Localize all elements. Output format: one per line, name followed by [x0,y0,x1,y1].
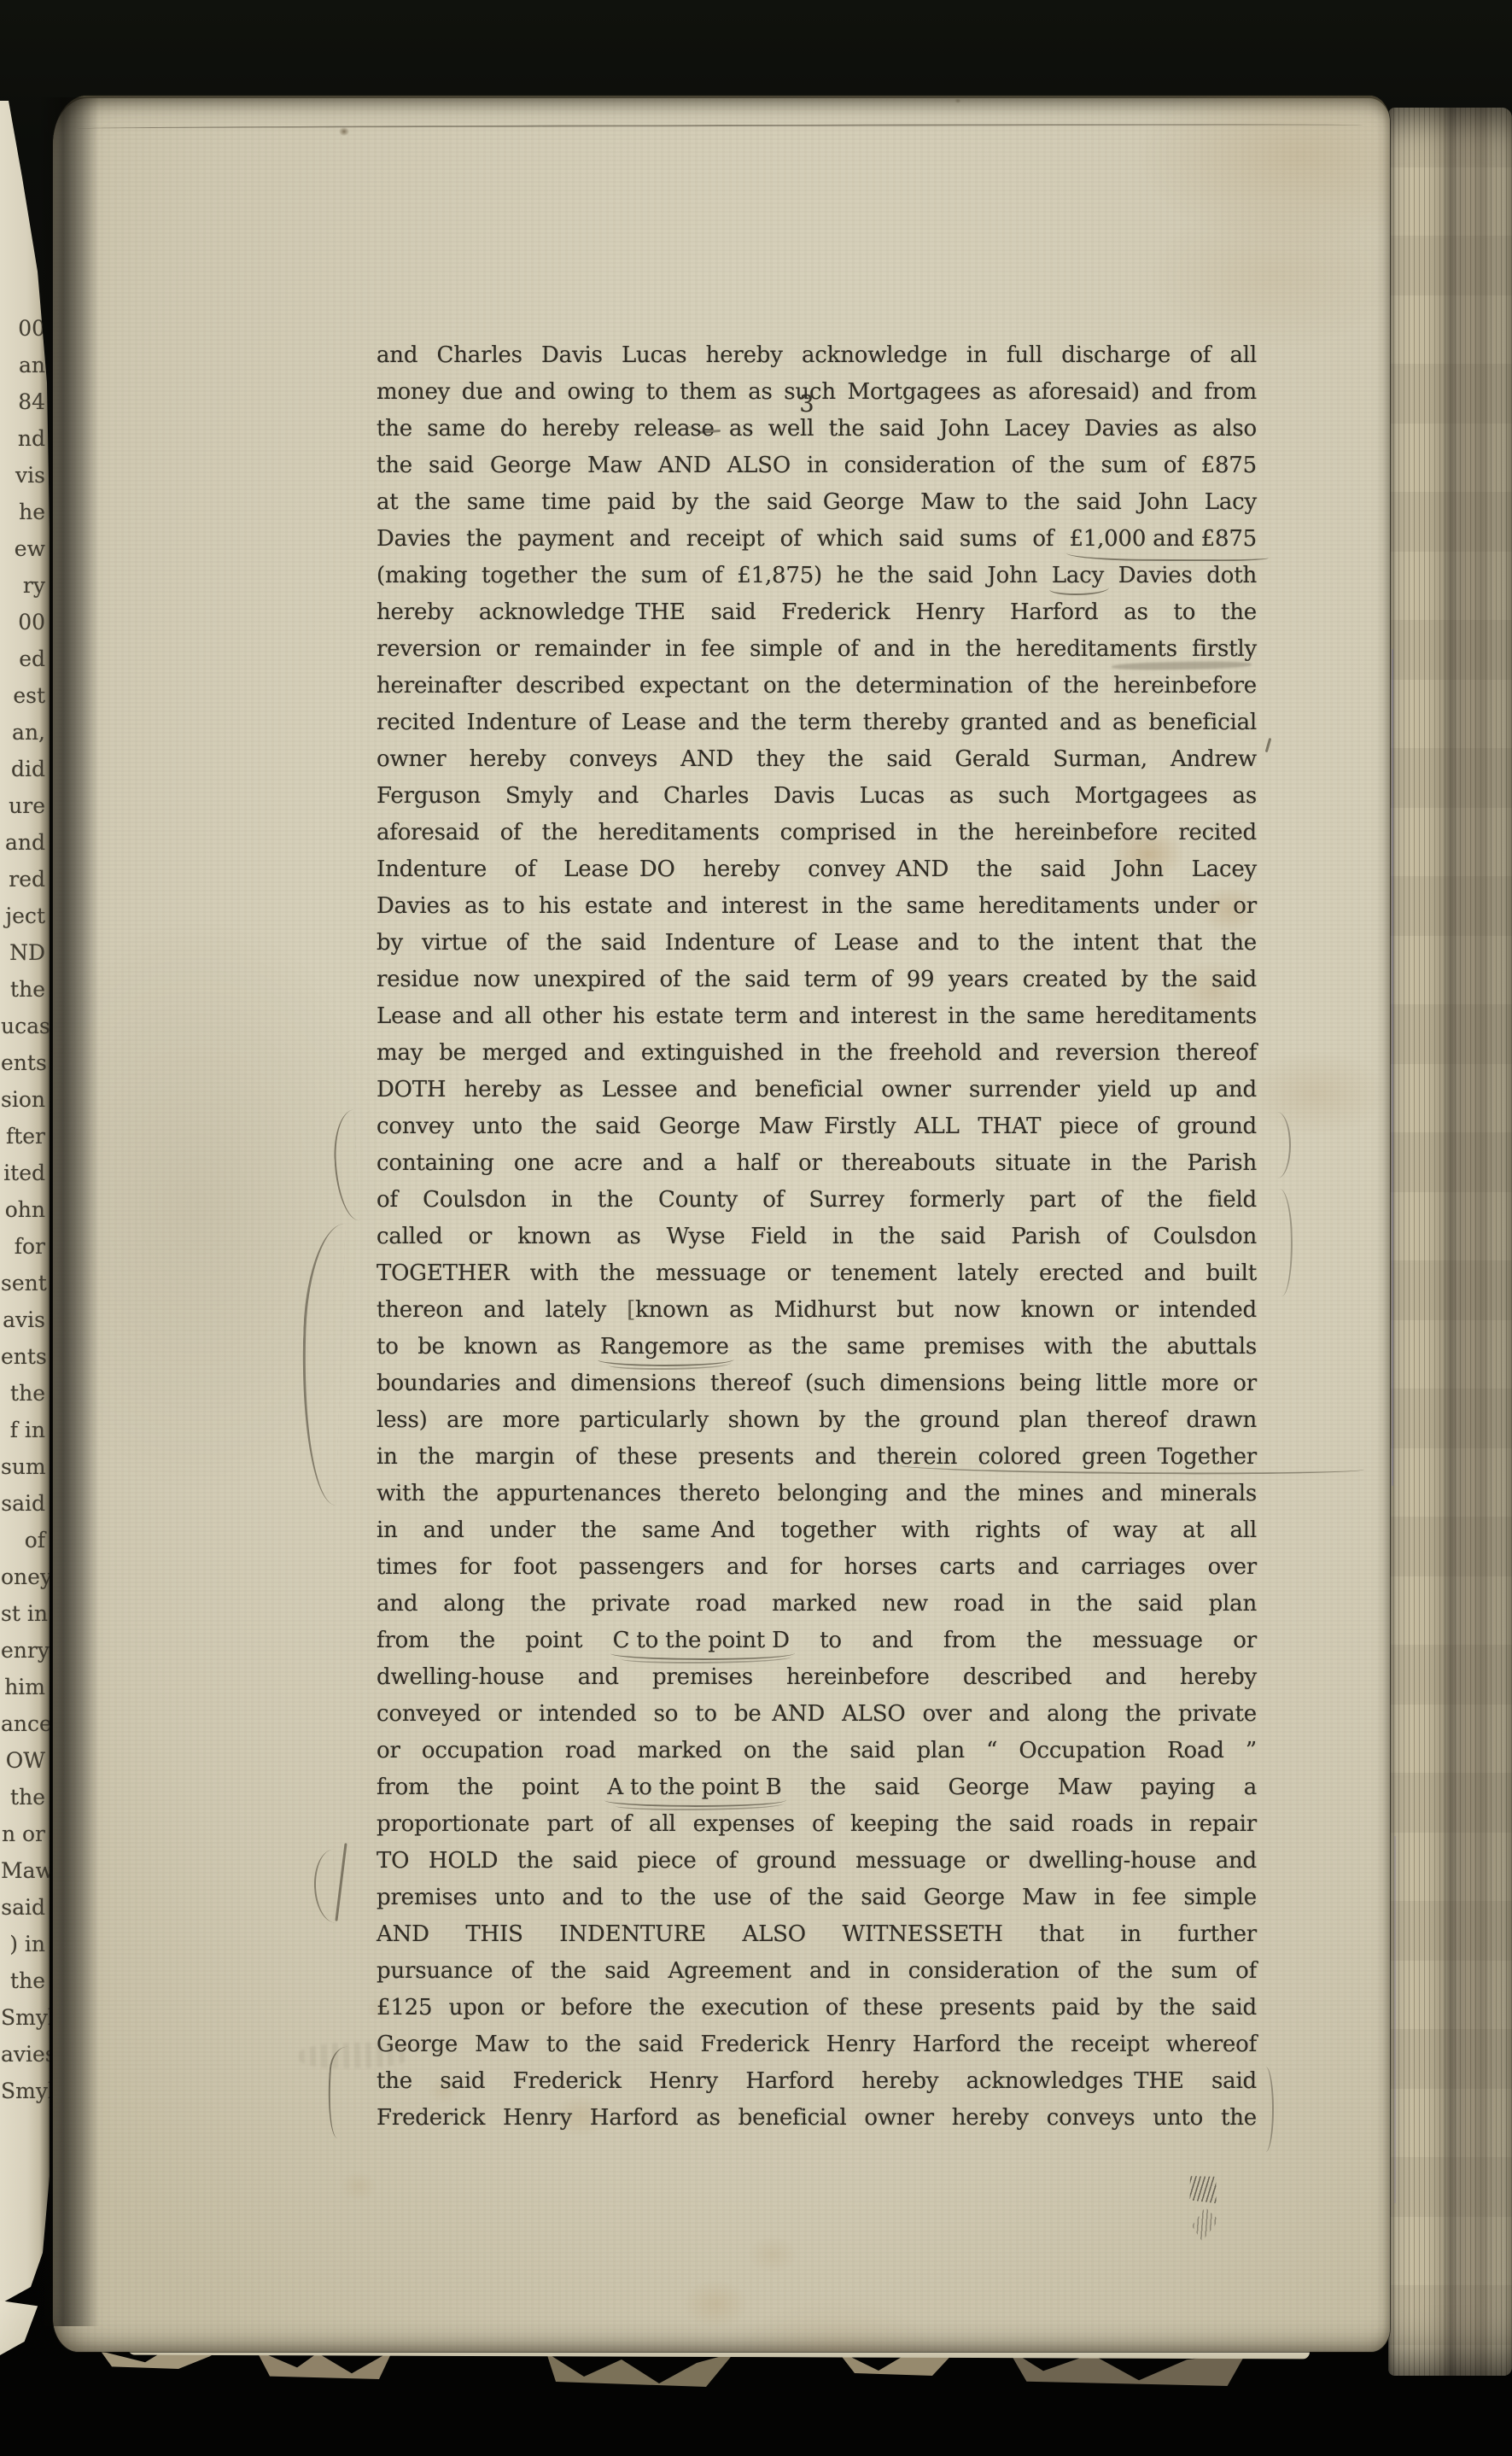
deed-text-line: convey unto the said George Maw Firstly … [377,1108,1257,1145]
document-page: 3 and Charles Davis Lucas hereby acknowl… [53,96,1390,2352]
deed-text-line: recited Indenture of Lease and the term … [377,705,1257,741]
deed-text-line: DOTH hereby as Lessee and beneficial own… [377,1072,1257,1108]
deed-text-line: and Charles Davis Lucas hereby acknowled… [377,337,1257,374]
deed-text-line: Davies the payment and receipt of which … [377,521,1257,558]
deed-text-line: TO HOLD the said piece of ground messuag… [377,1843,1257,1880]
deed-text-line: TOGETHER with the messuage or tenement l… [377,1255,1257,1292]
deed-text-line: Lease and all other his estate term and … [377,998,1257,1035]
deed-text-line: proportionate part of all expenses of ke… [377,1806,1257,1843]
deed-text-line: with the appurtenances thereto belonging… [377,1476,1257,1512]
pencil-marked-text: [ [627,1292,635,1329]
deed-text-block: and Charles Davis Lucas hereby acknowled… [377,337,1257,2137]
deed-text-line: the same do hereby release as well the s… [377,411,1257,447]
deed-text-line: reversion or remainder in fee simple of … [377,631,1257,668]
deed-text-line: containing one acre and a half or therea… [377,1145,1257,1182]
deed-text-line: pursuance of the said Agreement and in c… [377,1953,1257,1990]
deed-text-line: the said Frederick Henry Harford hereby … [377,2063,1257,2100]
pencil-marked-text: hereinbefore [1113,668,1257,705]
deed-text-line: residue now unexpired of the said term o… [377,962,1257,998]
deed-text-line: owner hereby conveys AND they the said G… [377,741,1257,778]
deed-text-line: from the point A to the point B the said… [377,1769,1257,1806]
deed-text-line: the said George Maw AND ALSO in consider… [377,447,1257,484]
deed-text-line: by virtue of the said Indenture of Lease… [377,925,1257,962]
deed-text-line: dwelling-house and premises hereinbefore… [377,1659,1257,1696]
deed-text-line: called or known as Wyse Field in the sai… [377,1219,1257,1255]
deed-text-line: Davies as to his estate and interest in … [377,888,1257,925]
deed-text-line: in and under the same And together with … [377,1512,1257,1549]
deed-text-line: or occupation road marked on the said pl… [377,1733,1257,1769]
deed-text-line: hereby acknowledge THE said Frederick He… [377,594,1257,631]
deed-text-line: hereinafter described expectant on the d… [377,668,1257,705]
deed-text-line: Indenture of Lease DO hereby convey AND … [377,851,1257,888]
deed-text-line: and along the private road marked new ro… [377,1586,1257,1623]
deed-text-line: AND THIS INDENTURE ALSO WITNESSETH that … [377,1916,1257,1953]
pencil-marked-text: Lacy [1052,558,1104,594]
deed-text-line: in the margin of these presents and ther… [377,1439,1257,1476]
deed-text-line: aforesaid of the hereditaments comprised… [377,815,1257,851]
page-edge-tint-line [1392,649,1393,1486]
deed-text-line: £125 upon or before the execution of the… [377,1990,1257,2026]
pencil-marked-text: A to the point B [607,1769,781,1806]
deed-text-line: boundaries and dimensions thereof (such … [377,1365,1257,1402]
deed-text-line: money due and owing to them as such Mort… [377,374,1257,411]
deed-text-line: Frederick Henry Harford as beneficial ow… [377,2100,1257,2137]
deed-text-line: may be merged and extinguished in the fr… [377,1035,1257,1072]
deed-text-line: at the same time paid by the said George… [377,484,1257,521]
pencil-marked-text: C to the point D [613,1623,790,1659]
page-edge-tint-line [1394,1836,1396,2203]
facing-page-bottom-corner [0,2301,44,2355]
pencil-marked-text: Andrew [1170,741,1257,778]
deed-text-line: (making together the sum of £1,875) he t… [377,558,1257,594]
deed-text-line: of Coulsdon in the County of Surrey form… [377,1182,1257,1219]
deed-text-line: from the point C to the point D to and f… [377,1623,1257,1659]
deed-text-line: thereon and lately [known as Midhurst bu… [377,1292,1257,1329]
deed-text-line: Ferguson Smyly and Charles Davis Lucas a… [377,778,1257,815]
torn-paper-bit [546,2353,734,2387]
deed-text-line: premises unto and to the use of the said… [377,1880,1257,1916]
deed-text-line: less) are more particularly shown by the… [377,1402,1257,1439]
spine-shadow [39,97,99,2326]
deed-text-line: times for foot passengers and for horses… [377,1549,1257,1586]
pencil-marked-text: £1,000 and £875 [1069,521,1257,558]
page-top-edge-line [77,123,1363,131]
deed-text-line: conveyed or intended so to be AND ALSO o… [377,1696,1257,1733]
pencil-marked-text: Rangemore [600,1329,729,1365]
stacked-page-edges [1388,108,1512,2376]
book-scan-photo: 00an84ndvisheewry00edestan,didureandredj… [0,0,1512,2456]
deed-text-line: to be known as Rangemore as the same pre… [377,1329,1257,1365]
show-through-text-ghost [299,2042,411,2069]
deed-text-line: George Maw to the said Frederick Henry H… [377,2026,1257,2063]
